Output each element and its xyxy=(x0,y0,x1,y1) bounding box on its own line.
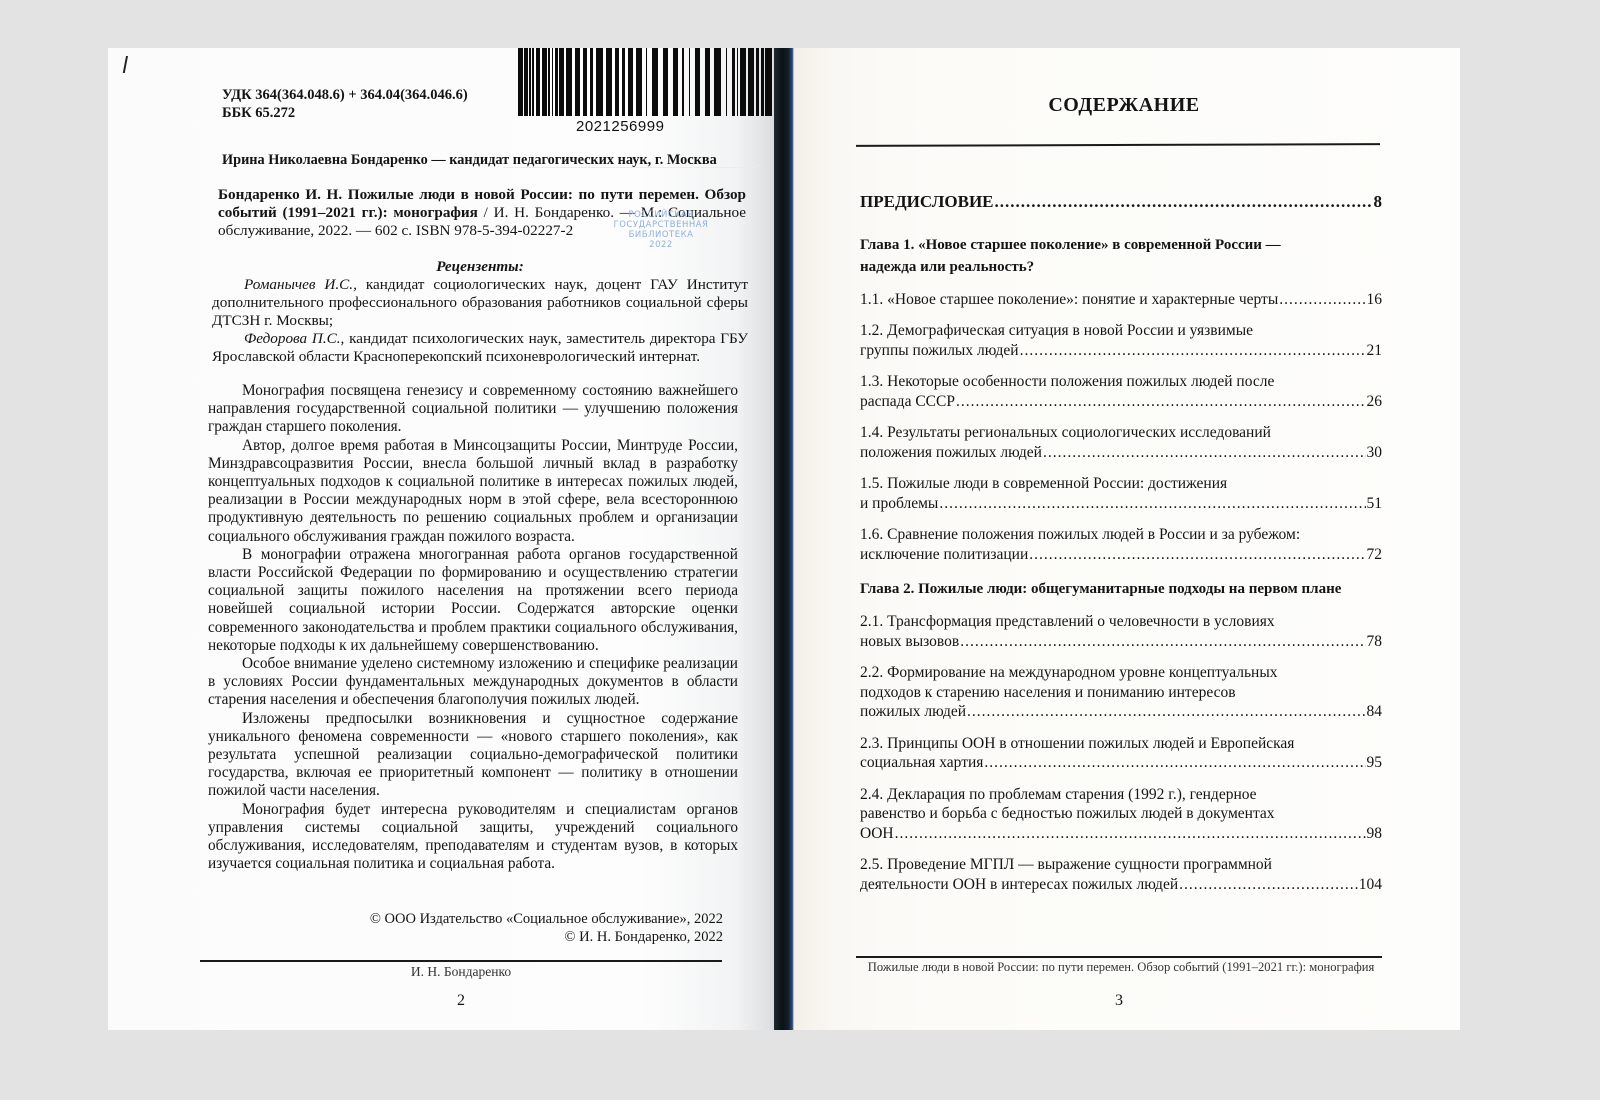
toc-page-number: 8 xyxy=(1374,192,1383,212)
toc-section[interactable]: 1.1. «Новое старшее поколение»: понятие … xyxy=(860,290,1382,310)
abstract-paragraph: Автор, долгое время работая в Минсоцзащи… xyxy=(208,437,738,546)
running-footer: Пожилые люди в новой России: по пути пер… xyxy=(856,960,1386,975)
toc-page-number: 98 xyxy=(1367,824,1383,844)
footer-rule xyxy=(856,956,1382,958)
copyright-author: © И. Н. Бондаренко, 2022 xyxy=(308,928,723,946)
toc-section[interactable]: 1.3. Некоторые особенности положения пож… xyxy=(860,372,1382,411)
classification-codes: УДК 364(364.048.6) + 364.04(364.046.6) Б… xyxy=(222,86,468,122)
reviewer-name: Романычев И.С., xyxy=(244,276,357,293)
udk-code: УДК 364(364.048.6) + 364.04(364.046.6) xyxy=(222,86,468,104)
left-page: l 2021256999 УДК 364(364.048.6) + 364.04… xyxy=(108,48,776,1030)
page-number: 2 xyxy=(200,992,722,1010)
abstract-paragraph: В монографии отражена многогранная работ… xyxy=(208,546,738,655)
toc-page-number: 16 xyxy=(1367,290,1383,310)
author-line: Ирина Николаевна Бондаренко — кандидат п… xyxy=(222,152,717,169)
toc-section[interactable]: 2.5. Проведение МГПЛ — выражение сущност… xyxy=(860,855,1382,894)
bbk-code: ББК 65.272 xyxy=(222,104,468,122)
abstract-paragraph: Монография посвящена генезису и современ… xyxy=(208,382,738,437)
toc-page-number: 30 xyxy=(1367,443,1383,463)
abstract-paragraph: Особое внимание уделено системному излож… xyxy=(208,655,738,710)
page-title: СОДЕРЖАНИЕ xyxy=(824,94,1424,117)
title-rule xyxy=(856,143,1380,147)
abstract-paragraph: Изложены предпосылки возникновения и сущ… xyxy=(208,710,738,801)
reviewers-block: Рецензенты: Романычев И.С., кандидат соц… xyxy=(212,258,748,366)
toc-section[interactable]: 1.2. Демографическая ситуация в новой Ро… xyxy=(860,321,1382,360)
toc-page-number: 78 xyxy=(1367,632,1383,652)
footer-rule xyxy=(200,960,722,962)
abstract: Монография посвящена генезису и современ… xyxy=(208,382,738,873)
reviewer-item: Федорова П.С., кандидат психологических … xyxy=(212,330,748,366)
toc-section[interactable]: 2.3. Принципы ООН в отношении пожилых лю… xyxy=(860,734,1382,773)
reviewer-name: Федорова П.С., xyxy=(244,330,344,347)
barcode-number: 2021256999 xyxy=(576,118,664,135)
toc-section[interactable]: 1.6. Сравнение положения пожилых людей в… xyxy=(860,525,1382,564)
abstract-paragraph: Монография будет интересна руководителям… xyxy=(208,801,738,874)
copyright-block: © ООО Издательство «Социальное обслужива… xyxy=(308,910,723,946)
library-barcode: 2021256999 xyxy=(518,48,774,140)
toc-page-number: 84 xyxy=(1367,702,1383,722)
toc-section[interactable]: 2.4. Декларация по проблемам старения (1… xyxy=(860,785,1382,844)
toc-chapter-heading[interactable]: Глава 1. «Новое старшее поколение» в сов… xyxy=(860,234,1382,278)
book-spine-gutter xyxy=(774,48,794,1030)
reviewer-item: Романычев И.С., кандидат социологических… xyxy=(212,276,748,330)
toc-page-number: 21 xyxy=(1367,341,1383,361)
toc-page-number: 95 xyxy=(1367,753,1383,773)
page-number: 3 xyxy=(856,992,1382,1010)
toc-section[interactable]: 1.5. Пожилые люди в современной России: … xyxy=(860,474,1382,513)
toc-page-number: 72 xyxy=(1367,545,1383,565)
toc-page-number: 51 xyxy=(1367,494,1383,514)
barcode-bars xyxy=(518,48,774,116)
library-stamp: РОССИЙСКАЯГОСУДАРСТВЕННАЯБИБЛИОТЕКА2022 xyxy=(586,210,736,250)
toc-page-number: 104 xyxy=(1359,875,1382,895)
copyright-publisher: © ООО Издательство «Социальное обслужива… xyxy=(308,910,723,928)
handwritten-mark: l xyxy=(122,54,128,79)
toc-section[interactable]: 2.1. Трансформация представлений о челов… xyxy=(860,612,1382,651)
table-of-contents: ПРЕДИСЛОВИЕ 8 Глава 1. «Новое старшее по… xyxy=(860,192,1382,906)
toc-preface[interactable]: ПРЕДИСЛОВИЕ 8 xyxy=(860,192,1382,212)
running-footer: И. Н. Бондаренко xyxy=(200,964,722,980)
toc-section[interactable]: 2.2. Формирование на международном уровн… xyxy=(860,663,1382,722)
toc-chapter-heading[interactable]: Глава 2. Пожилые люди: общегуманитарные … xyxy=(860,578,1382,600)
toc-page-number: 26 xyxy=(1367,392,1383,412)
book-spread: l 2021256999 УДК 364(364.048.6) + 364.04… xyxy=(108,48,1460,1030)
toc-section[interactable]: 1.4. Результаты региональных социологиче… xyxy=(860,423,1382,462)
reviewers-title: Рецензенты: xyxy=(212,258,748,276)
right-page: СОДЕРЖАНИЕ ПРЕДИСЛОВИЕ 8 Глава 1. «Новое… xyxy=(794,48,1460,1030)
